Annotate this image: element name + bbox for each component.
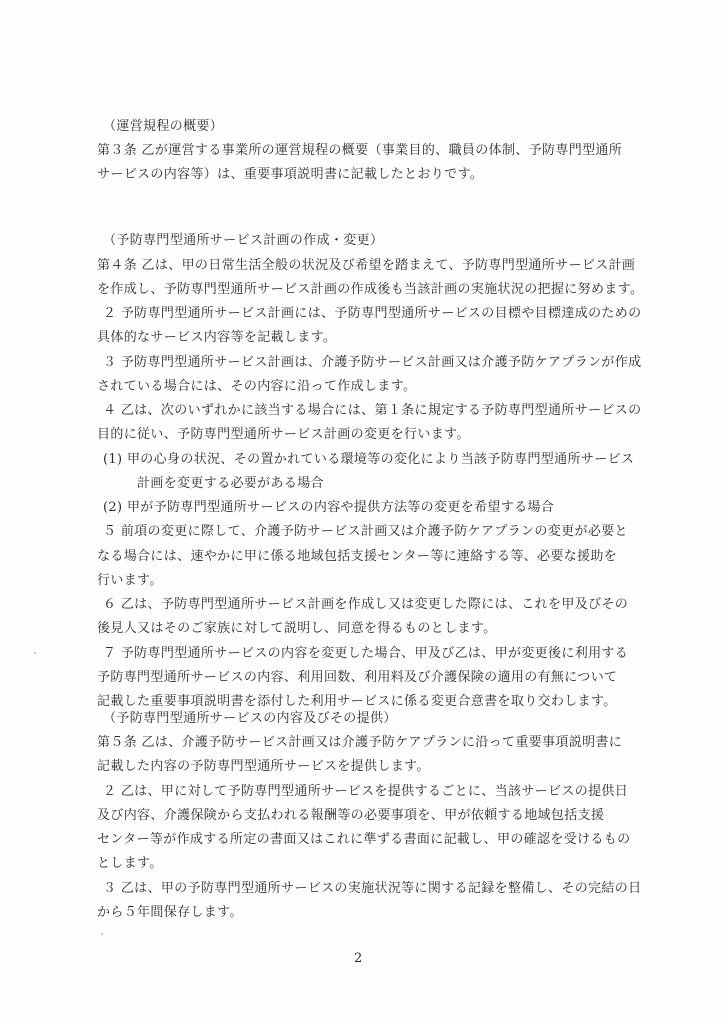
- document-page: （運営規程の概要） 第３条 乙が運営する事業所の運営規程の概要（事業目的、職員の…: [0, 0, 723, 1024]
- article-5-clause-3: ３ 乙は、甲の予防専門型通所サービスの実施状況等に関する記録を整備し、その完結の…: [103, 881, 641, 897]
- article-4-line: 予防専門型通所サービスの内容、利用回数、利用料及び介護保険の適用の有無について: [97, 670, 617, 686]
- article-5-line: 第５条 乙は、介護予防サービス計画又は介護予防ケアプランに沿って重要事項説明書に: [97, 735, 622, 751]
- article-4-line: 第４条 乙は、甲の日常生活全般の状況及び希望を踏まえて、予防専門型通所サービス計…: [97, 258, 635, 274]
- article-5-line: とします。: [97, 856, 163, 872]
- article-4-line: 目的に従い、予防専門型通所サービス計画の変更を行います。: [97, 427, 470, 443]
- article-4-clause-6: ６ 乙は、予防専門型通所サービス計画を作成し又は変更した際には、これを甲及びその: [103, 597, 628, 613]
- article-4-line: されている場合には、その内容に沿って作成します。: [97, 379, 416, 395]
- article-4-line: 具体的なサービス内容等を記載します。: [97, 330, 336, 346]
- article-4-clause-4: ４ 乙は、次のいずれかに該当する場合には、第１条に規定する予防専門型通所サービス…: [103, 403, 641, 419]
- section-heading-article-5: （予防専門型通所サービスの内容及びその提供）: [103, 711, 397, 727]
- article-4-line: 行います。: [97, 573, 163, 589]
- article-4-clause-3: ３ 予防専門型通所サービス計画は、介護予防サービス計画又は介護予防ケアプランが作…: [103, 355, 641, 371]
- article-4-clause-5: ５ 前項の変更に際して、介護予防サービス計画又は介護予防ケアプランの変更が必要と: [103, 524, 628, 540]
- article-4-line: 記載した重要事項説明書を添付した利用サービスに係る変更合意書を取り交わします。: [97, 694, 617, 710]
- scan-speck: [34, 652, 36, 654]
- article-5-line: から５年間保存します。: [97, 905, 243, 921]
- article-4-clause-7: ７ 予防専門型通所サービスの内容を変更した場合、甲及び乙は、甲が変更後に利用する: [103, 646, 628, 662]
- page-number: 2: [354, 951, 362, 967]
- article-5-line: 及び内容、介護保険から支払われる報酬等の必要事項を、甲が依頼する地域包括支援: [97, 808, 604, 824]
- section-heading-article-4: （予防専門型通所サービス計画の作成・変更）: [103, 233, 383, 249]
- article-4-item-2: (2) 甲が予防専門型通所サービスの内容や提供方法等の変更を希望する場合: [103, 500, 554, 516]
- article-3-line: サービスの内容等）は、重要事項説明書に記載したとおりです。: [97, 167, 483, 183]
- article-5-line: 記載した内容の予防専門型通所サービスを提供します。: [97, 759, 430, 775]
- article-4-line: なる場合には、速やかに甲に係る地域包括支援センター等に連絡する等、必要な援助を: [97, 549, 617, 565]
- article-5-line: センター等が作成する所定の書面又はこれに準ずる書面に記載し、甲の確認を受けるもの: [97, 832, 630, 848]
- article-4-line: 後見人又はそのご家族に対して説明し、同意を得るものとします。: [97, 621, 496, 637]
- article-4-item-1: (1) 甲の心身の状況、その置かれている環境等の変化により当該予防専門型通所サー…: [103, 452, 634, 468]
- section-heading-article-3: （運営規程の概要）: [103, 119, 223, 135]
- article-4-clause-2: ２ 予防専門型通所サービス計画には、予防専門型通所サービスの目標や目標達成のため…: [103, 306, 641, 322]
- article-4-item-1-cont: 計画を変更する必要がある場合: [137, 476, 324, 492]
- article-3-line: 第３条 乙が運営する事業所の運営規程の概要（事業目的、職員の体制、予防専門型通所: [97, 143, 622, 159]
- scan-speck: [101, 933, 103, 935]
- article-5-clause-2: ２ 乙は、甲に対して予防専門型通所サービスを提供するごとに、当該サービスの提供日: [103, 784, 628, 800]
- article-4-line: を作成し、予防専門型通所サービス計画の作成後も当該計画の実施状況の把握に努めます…: [97, 282, 643, 298]
